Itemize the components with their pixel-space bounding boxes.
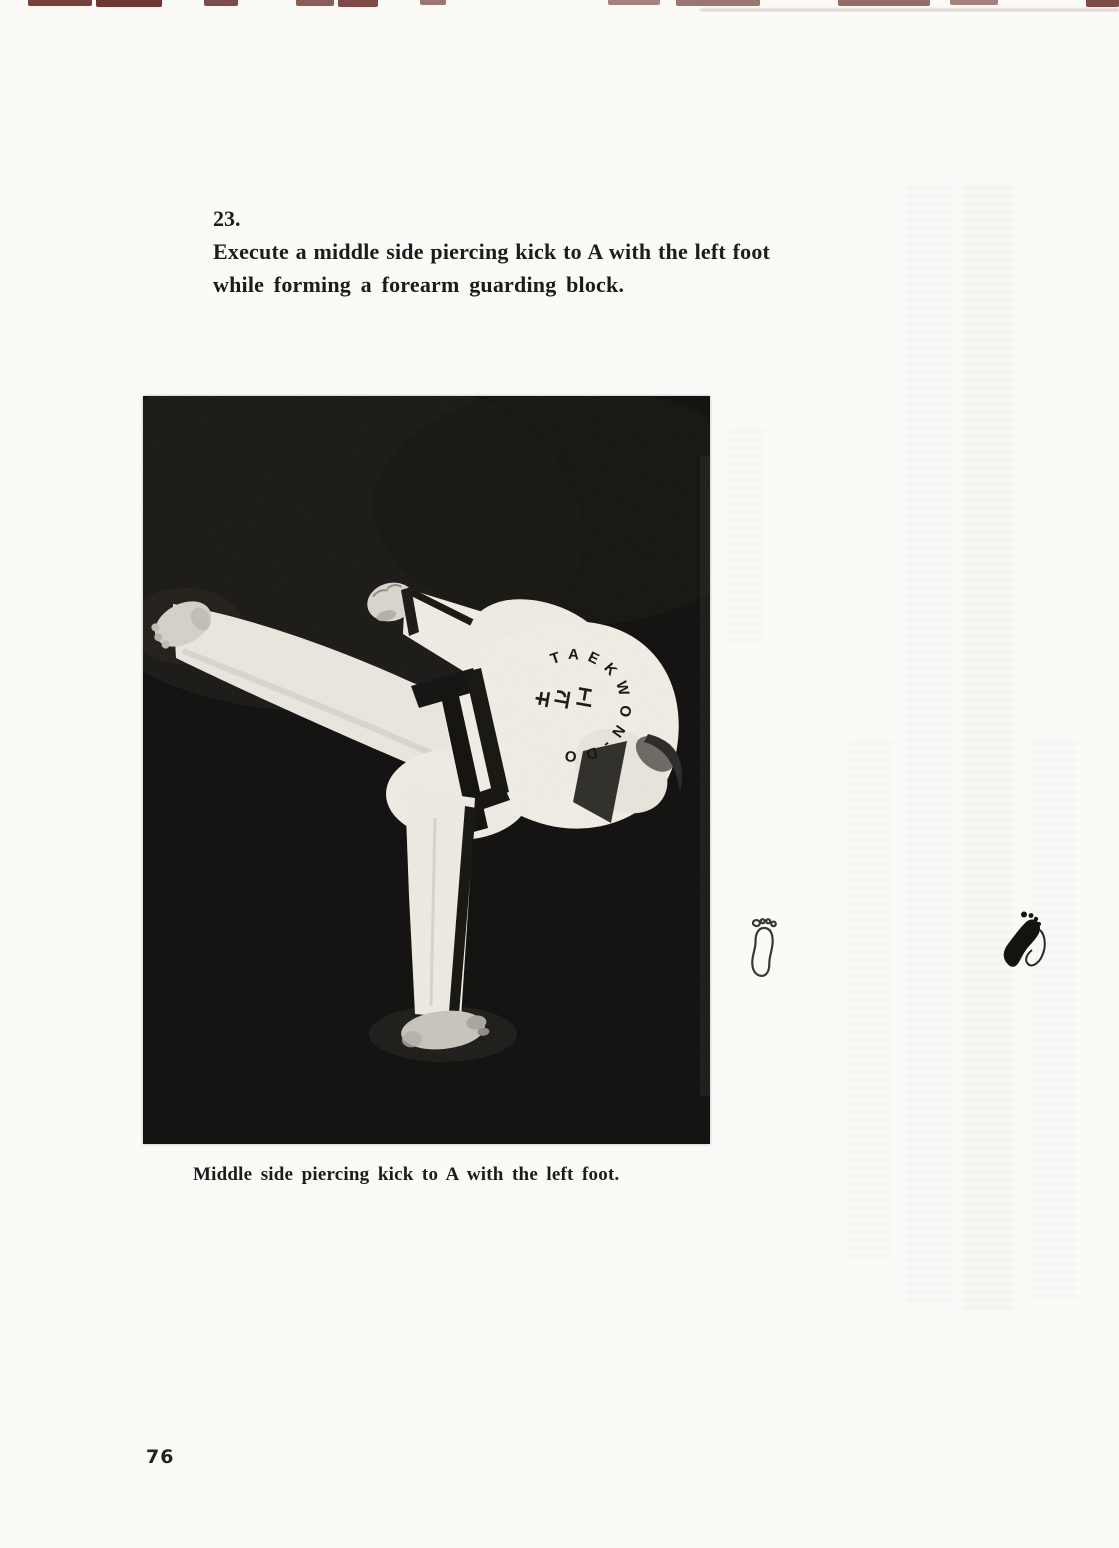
print-mark: [1086, 0, 1119, 7]
print-mark: [950, 0, 998, 5]
print-mark: [338, 0, 378, 7]
photo-caption: Middle side piercing kick to A with the …: [193, 1164, 619, 1186]
side-kick-photo-graphic: TAEKWON-DO: [143, 396, 710, 1144]
print-mark: [96, 0, 162, 7]
print-mark: [700, 9, 1119, 11]
book-page: 23. Execute a middle side piercing kick …: [0, 0, 1119, 1548]
print-mark: [296, 0, 334, 6]
print-mark: [676, 0, 760, 6]
page-bleedthrough: [906, 186, 952, 1304]
instruction-line: Execute a middle side piercing kick to A…: [213, 235, 923, 268]
print-mark: [608, 0, 660, 5]
instruction-step: 23. Execute a middle side piercing kick …: [213, 202, 923, 301]
page-bleedthrough: [1032, 742, 1078, 1302]
instruction-number: 23.: [213, 202, 241, 235]
page-bleedthrough: [848, 742, 892, 1262]
instruction-line: while forming a forearm guarding block.: [213, 268, 923, 301]
print-mark: [28, 0, 92, 6]
footprint-filled-icon: [996, 908, 1048, 976]
technique-photo: TAEKWON-DO: [143, 396, 710, 1144]
print-mark: [204, 0, 238, 6]
page-number: 76: [146, 1446, 174, 1468]
print-mark: [838, 0, 930, 6]
instruction-text: Execute a middle side piercing kick to A…: [213, 206, 923, 301]
print-mark: [420, 0, 446, 5]
footprint-outline-icon: [747, 915, 781, 979]
page-bleedthrough: [726, 430, 764, 642]
page-bleedthrough: [962, 186, 1014, 1312]
